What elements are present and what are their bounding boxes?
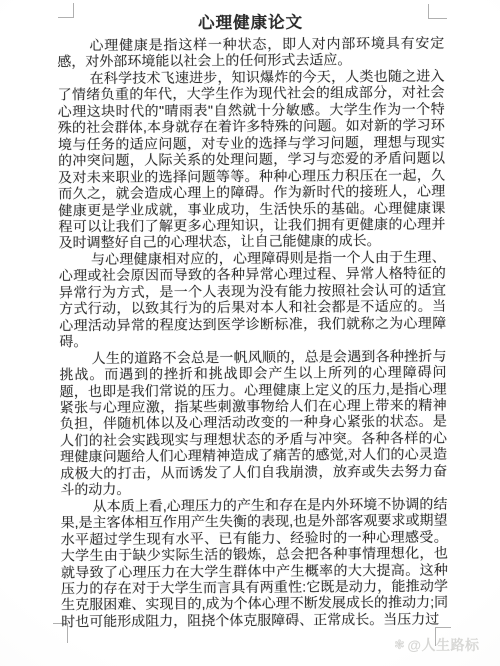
document-content: 心理健康论文 心理健康是指这样一种状态，即人对内部环境具有安定感，对外部环境能以…	[57, 11, 448, 630]
watermark-logo-icon: ❃	[394, 638, 405, 652]
paragraph: 在科学技术飞速进步，知识爆炸的今天，人类也随之进入了情绪负重的年代，大学生作为现…	[57, 68, 445, 252]
document-page: 心理健康论文 心理健康是指这样一种状态，即人对内部环境具有安定感，对外部环境能以…	[0, 0, 500, 666]
paragraph: 与心理健康相对应的，心理障碍则是指一个人由于生理、心理或社会原因而导致的各种异常…	[59, 249, 447, 350]
paragraph: 从本质上看,心理压力的产生和存在是内外环境不协调的结果,是主客体相互作用产生失衡…	[60, 495, 448, 629]
paragraph: 人生的道路不会总是一帆风顺的，总是会遇到各种挫折与挑战。而遇到的挫折和挑战即会产…	[59, 347, 447, 498]
document-body: 心理健康是指这样一种状态，即人对内部环境具有安定感，对外部环境能以社会上的任何形…	[57, 35, 448, 630]
paragraph: 心理健康是指这样一种状态，即人对内部环境具有安定感，对外部环境能以社会上的任何形…	[57, 35, 444, 71]
watermark: ❃ @人生路标	[394, 635, 480, 655]
watermark-text: @人生路标	[407, 635, 479, 655]
document-title: 心理健康论文	[57, 11, 444, 36]
